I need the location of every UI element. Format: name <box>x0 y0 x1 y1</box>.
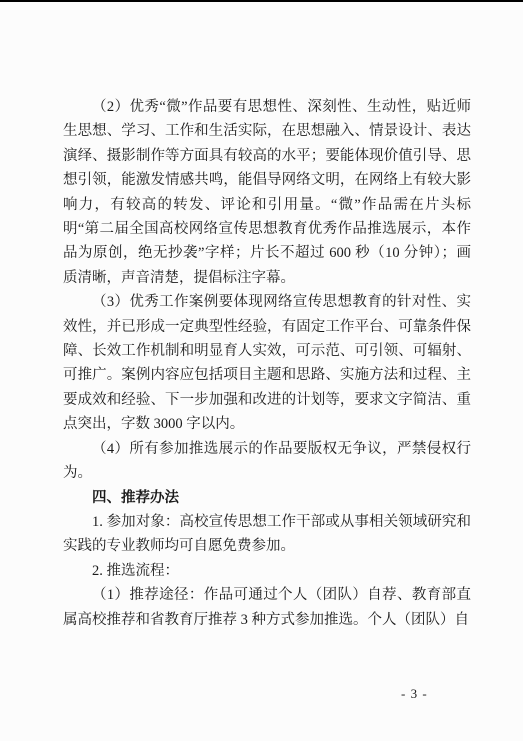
document-body: （2）优秀“微”作品要有思想性、深刻性、生动性，贴近师生思想、学习、工作和生活实… <box>63 95 471 632</box>
paragraph-item-4: （4）所有参加推选展示的作品要版权无争议，严禁侵权行为。 <box>63 437 471 486</box>
paragraph-item-2: （2）优秀“微”作品要有思想性、深刻性、生动性，贴近师生思想、学习、工作和生活实… <box>63 95 471 290</box>
scan-edge-top-line <box>0 0 523 2</box>
paragraph-participants: 1. 参加对象：高校宣传思想工作干部或从事相关领域研究和实践的专业教师均可自愿免… <box>63 510 471 559</box>
document-page: （2）优秀“微”作品要有思想性、深刻性、生动性，贴近师生思想、学习、工作和生活实… <box>0 0 523 741</box>
paragraph-recommendation-channels: （1）推荐途径：作品可通过个人（团队）自荐、教育部直属高校推荐和省教育厅推荐 3… <box>63 583 471 632</box>
page-number: - 3 - <box>401 686 428 701</box>
section-heading-recommendation-method: 四、推荐办法 <box>63 486 471 510</box>
paragraph-item-3: （3）优秀工作案例要体现网络宣传思想教育的针对性、实效性，并已形成一定典型性经验… <box>63 290 471 436</box>
paragraph-selection-process: 2. 推选流程： <box>63 559 471 583</box>
